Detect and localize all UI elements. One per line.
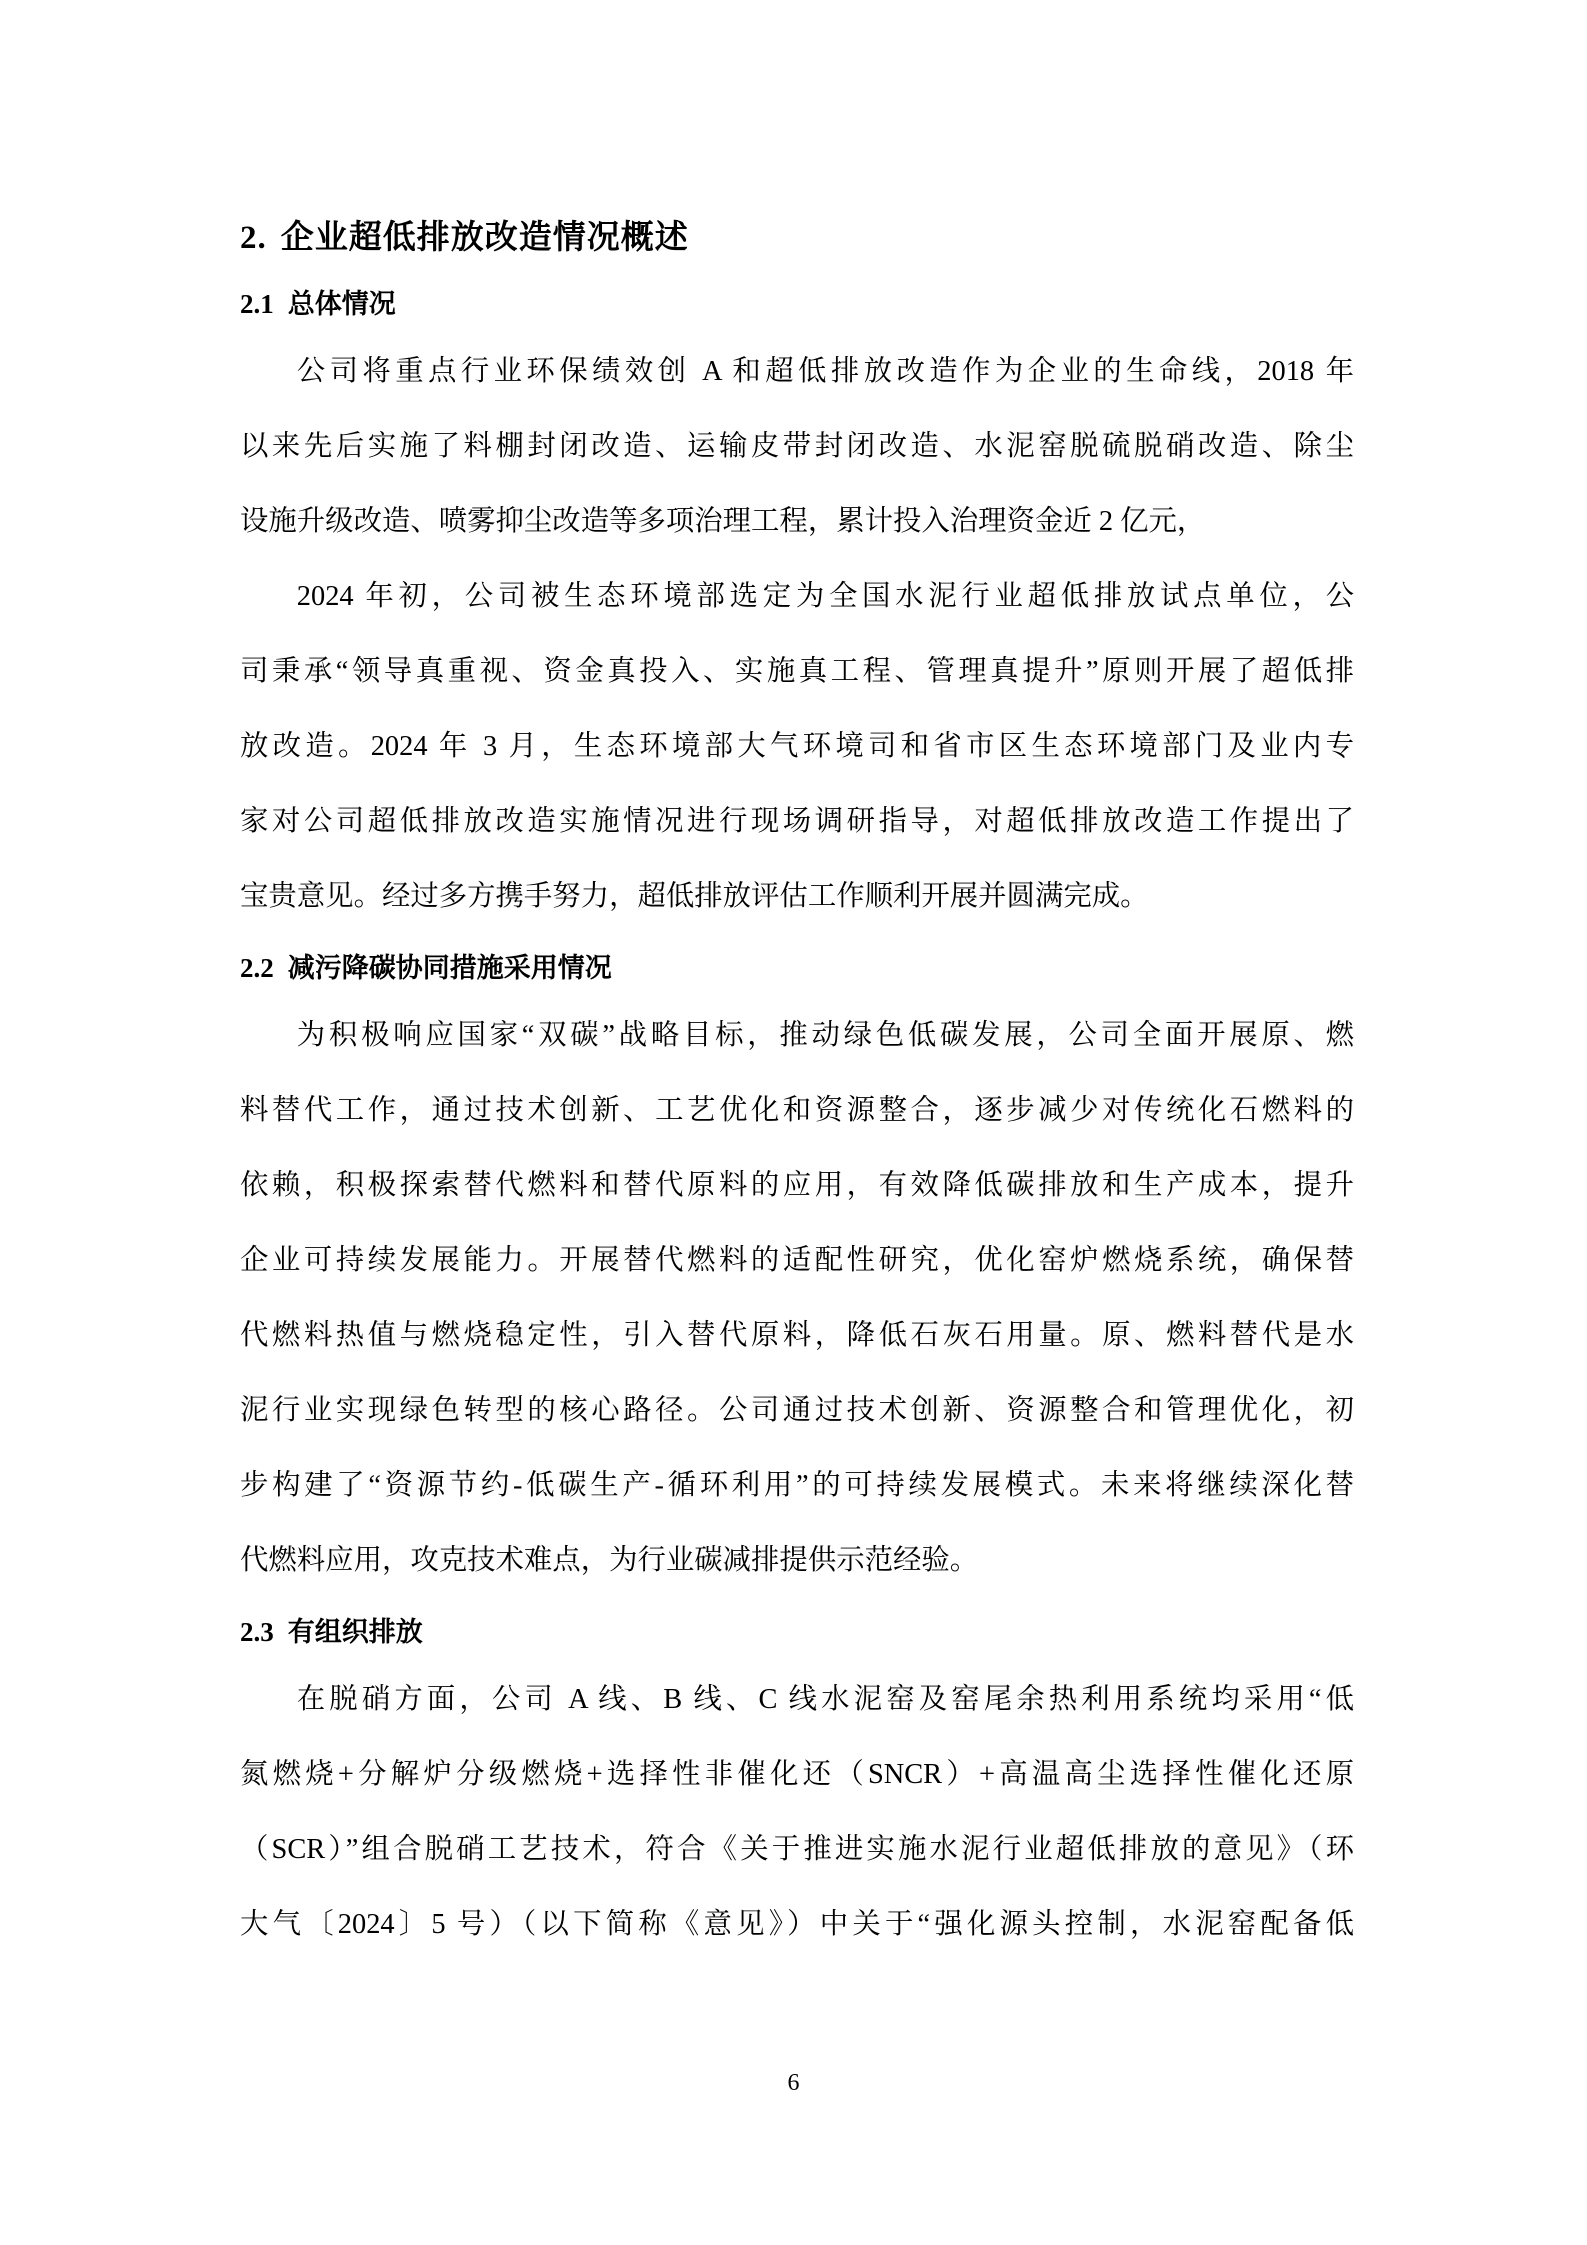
text-line: （SCR）”组合脱硝工艺技术，符合《关于推进实施水泥行业超低排放的意见》（环 (240, 1812, 1354, 1887)
text-line: 2024 年初，公司被生态环境部选定为全国水泥行业超低排放试点单位，公 (240, 559, 1354, 634)
paragraph: 为积极响应国家“双碳”战略目标，推动绿色低碳发展，公司全面开展原、燃 料替代工作… (240, 998, 1354, 1598)
page-number: 6 (0, 2070, 1587, 2097)
text-line: 宝贵意见。经过多方携手努力，超低排放评估工作顺利开展并圆满完成。 (240, 859, 1354, 934)
document-page: 2.企业超低排放改造情况概述 2.1总体情况 公司将重点行业环保绩效创 A 和超… (0, 0, 1587, 2245)
section-heading-2-2: 2.2减污降碳协同措施采用情况 (240, 938, 1354, 998)
text-line: 在脱硝方面，公司 A 线、B 线、C 线水泥窑及窑尾余热利用系统均采用“低 (240, 1662, 1354, 1737)
section-heading-2-1: 2.1总体情况 (240, 274, 1354, 334)
paragraph: 2024 年初，公司被生态环境部选定为全国水泥行业超低排放试点单位，公 司秉承“… (240, 559, 1354, 934)
text-line: 以来先后实施了料棚封闭改造、运输皮带封闭改造、水泥窑脱硫脱硝改造、除尘 (240, 409, 1354, 484)
section-number: 2.2 (240, 953, 274, 983)
section-number: 2.3 (240, 1617, 274, 1647)
chapter-number: 2. (240, 220, 267, 256)
section-title: 减污降碳协同措施采用情况 (288, 953, 612, 983)
text-line: 料替代工作，通过技术创新、工艺优化和资源整合，逐步减少对传统化石燃料的 (240, 1073, 1354, 1148)
section-heading-2-3: 2.3有组织排放 (240, 1602, 1354, 1662)
section-title: 总体情况 (288, 289, 396, 319)
section-number: 2.1 (240, 289, 274, 319)
text-line: 步构建了“资源节约-低碳生产-循环利用”的可持续发展模式。未来将继续深化替 (240, 1448, 1354, 1523)
text-line: 为积极响应国家“双碳”战略目标，推动绿色低碳发展，公司全面开展原、燃 (240, 998, 1354, 1073)
chapter-title: 企业超低排放改造情况概述 (281, 220, 689, 256)
text-line: 泥行业实现绿色转型的核心路径。公司通过技术创新、资源整合和管理优化，初 (240, 1373, 1354, 1448)
text-line: 代燃料应用，攻克技术难点，为行业碳减排提供示范经验。 (240, 1523, 1354, 1598)
text-line: 司秉承“领导真重视、资金真投入、实施真工程、管理真提升”原则开展了超低排 (240, 634, 1354, 709)
paragraph: 公司将重点行业环保绩效创 A 和超低排放改造作为企业的生命线，2018 年 以来… (240, 334, 1354, 559)
text-line: 公司将重点行业环保绩效创 A 和超低排放改造作为企业的生命线，2018 年 (240, 334, 1354, 409)
text-line: 设施升级改造、喷雾抑尘改造等多项治理工程，累计投入治理资金近 2 亿元， (240, 484, 1354, 559)
text-line: 放改造。2024 年 3 月，生态环境部大气环境司和省市区生态环境部门及业内专 (240, 709, 1354, 784)
text-line: 大气〔2024〕5 号）（以下简称《意见》）中关于“强化源头控制，水泥窑配备低 (240, 1887, 1354, 1962)
text-line: 氮燃烧+分解炉分级燃烧+选择性非催化还（SNCR）+高温高尘选择性催化还原 (240, 1737, 1354, 1812)
text-line: 代燃料热值与燃烧稳定性，引入替代原料，降低石灰石用量。原、燃料替代是水 (240, 1298, 1354, 1373)
paragraph: 在脱硝方面，公司 A 线、B 线、C 线水泥窑及窑尾余热利用系统均采用“低 氮燃… (240, 1662, 1354, 1962)
text-line: 企业可持续发展能力。开展替代燃料的适配性研究，优化窑炉燃烧系统，确保替 (240, 1223, 1354, 1298)
text-line: 依赖，积极探索替代燃料和替代原料的应用，有效降低碳排放和生产成本，提升 (240, 1148, 1354, 1223)
section-title: 有组织排放 (288, 1617, 423, 1647)
page-content: 2.企业超低排放改造情况概述 2.1总体情况 公司将重点行业环保绩效创 A 和超… (240, 210, 1354, 1962)
text-line: 家对公司超低排放改造实施情况进行现场调研指导，对超低排放改造工作提出了 (240, 784, 1354, 859)
chapter-heading: 2.企业超低排放改造情况概述 (240, 210, 1354, 266)
